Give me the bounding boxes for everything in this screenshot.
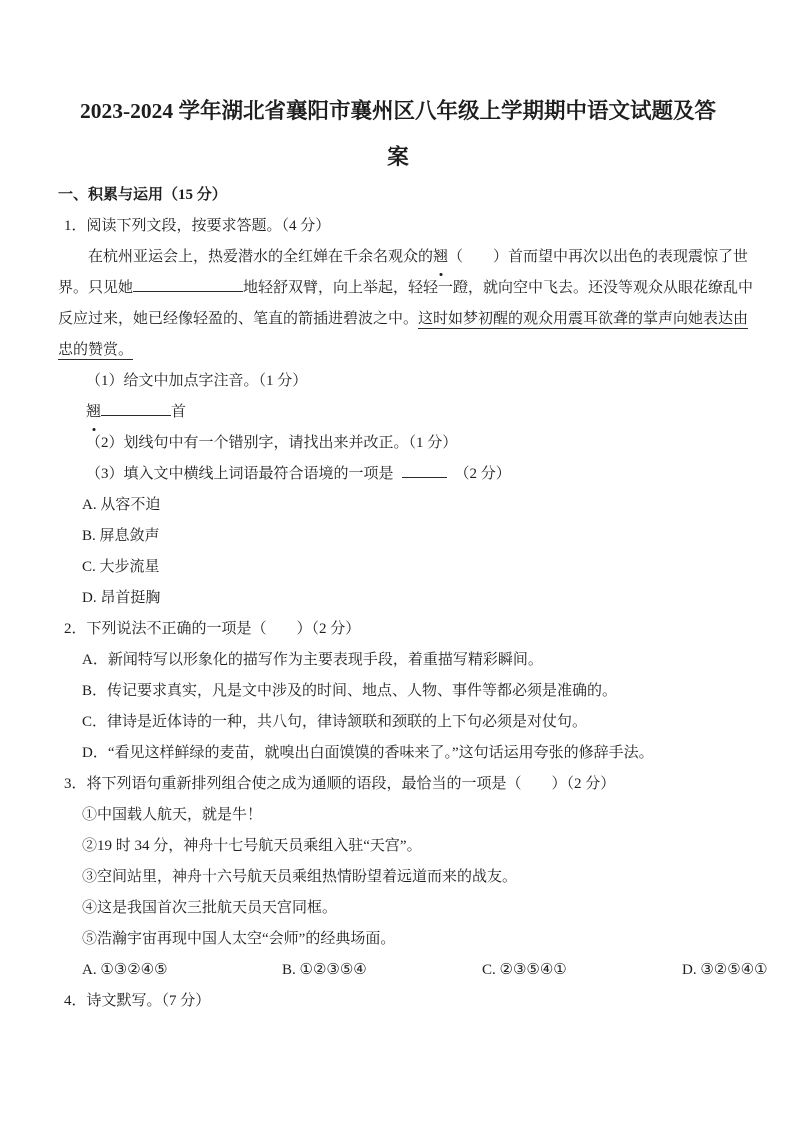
passage-line-1: 在杭州亚运会上，热爱潜水的全红婵在千余名观众的翘（ ）首而望中再次以出色的表现震… bbox=[58, 242, 738, 273]
question-3-choice-b: B. ①②③⑤④ bbox=[282, 955, 482, 986]
question-3-sentence-2: ②19 时 34 分，神舟十七号航天员乘组入驻“天宫”。 bbox=[58, 831, 738, 862]
question-3-sentence-3: ③空间站里，神舟十六号航天员乘组热情盼望着远道而来的战友。 bbox=[58, 862, 738, 893]
dotted-char: 翘 bbox=[433, 242, 448, 273]
question-1-sub-1: （1）给文中加点字注音。（1 分） bbox=[58, 366, 738, 397]
title-line-2: 案 bbox=[58, 134, 738, 180]
question-1-stem: 1．阅读下列文段，按要求答题。（4 分） bbox=[58, 211, 738, 242]
question-3-choice-d: D. ③②⑤④① bbox=[682, 955, 768, 986]
question-1-option-a: A. 从容不迫 bbox=[58, 490, 738, 521]
question-2-option-c: C．律诗是近体诗的一种，共八句，律诗颔联和颈联的上下句必须是对仗句。 bbox=[58, 707, 738, 738]
pinyin-blank bbox=[101, 401, 171, 416]
question-3-choice-a: A. ①③②④⑤ bbox=[82, 955, 282, 986]
fill-in-blank bbox=[133, 277, 243, 292]
passage-line-2: 界。只见她地轻舒双臂，向上举起，轻轻一蹬，就向空中飞去。还没等观众从眼花缭乱中 bbox=[58, 273, 738, 304]
sub-3-text: （3）填入文中横线上词语最符合语境的一项是 bbox=[86, 466, 394, 482]
question-3-stem: 3．将下列语句重新排列组合使之成为通顺的语段，最恰当的一项是（ ）（2 分） bbox=[58, 769, 738, 800]
answer-blank bbox=[402, 463, 447, 478]
question-2-option-a: A．新闻特写以形象化的描写作为主要表现手段，着重描写精彩瞬间。 bbox=[58, 645, 738, 676]
question-2-stem: 2．下列说法不正确的一项是（ ）（2 分） bbox=[58, 614, 738, 645]
question-3-sentence-4: ④这是我国首次三批航天员天宫同框。 bbox=[58, 893, 738, 924]
passage-segment: 界。只见她 bbox=[58, 280, 133, 296]
passage-line-4: 忠的赞赏。 bbox=[58, 335, 738, 366]
question-1-sub-2: （2）划线句中有一个错别字，请找出来并改正。（1 分） bbox=[58, 428, 738, 459]
passage-line-3: 反应过来，她已经像轻盈的、笔直的箭插进碧波之中。这时如梦初醒的观众用震耳欲聋的掌… bbox=[58, 304, 738, 335]
question-1-option-d: D. 昂首挺胸 bbox=[58, 583, 738, 614]
question-4-stem: 4．诗文默写。（7 分） bbox=[58, 986, 738, 1017]
question-3-choices-row: A. ①③②④⑤B. ①②③⑤④C. ②③⑤④①D. ③②⑤④① bbox=[58, 955, 738, 986]
question-2-option-d: D．“看见这样鲜绿的麦苗，就嗅出白面馍馍的香味来了。”这句话运用夸张的修辞手法。 bbox=[58, 738, 738, 769]
pinyin-suffix: 首 bbox=[171, 404, 186, 420]
document-page: 2023-2024 学年湖北省襄阳市襄州区八年级上学期期中语文试题及答 案 一、… bbox=[0, 0, 793, 1122]
underlined-sentence: 这时如梦初醒的观众用震耳欲聋的掌声向她表达由 bbox=[418, 311, 748, 329]
question-3-choice-c: C. ②③⑤④① bbox=[482, 955, 682, 986]
pinyin-answer-line: 翘首 bbox=[58, 397, 738, 428]
underlined-sentence: 忠的赞赏。 bbox=[58, 342, 133, 360]
question-1-option-b: B. 屏息敛声 bbox=[58, 521, 738, 552]
document-title: 2023-2024 学年湖北省襄阳市襄州区八年级上学期期中语文试题及答 案 bbox=[58, 0, 738, 180]
document-content: 2023-2024 学年湖北省襄阳市襄州区八年级上学期期中语文试题及答 案 一、… bbox=[0, 0, 793, 1017]
dotted-char: 翘 bbox=[86, 397, 101, 428]
question-3-sentence-5: ⑤浩瀚宇宙再现中国人太空“会师”的经典场面。 bbox=[58, 924, 738, 955]
question-3-sentence-1: ①中国载人航天，就是牛！ bbox=[58, 800, 738, 831]
question-1-option-c: C. 大步流星 bbox=[58, 552, 738, 583]
passage-segment: 反应过来，她已经像轻盈的、笔直的箭插进碧波之中。 bbox=[58, 311, 418, 327]
passage-segment: 在杭州亚运会上，热爱潜水的全红婵在千余名观众的 bbox=[88, 249, 433, 265]
sub-3-score: （2 分） bbox=[455, 466, 511, 482]
question-1-sub-3: （3）填入文中横线上词语最符合语境的一项是（2 分） bbox=[58, 459, 738, 490]
title-line-1: 2023-2024 学年湖北省襄阳市襄州区八年级上学期期中语文试题及答 bbox=[58, 88, 738, 134]
section-1-heading: 一、积累与运用（15 分） bbox=[58, 180, 738, 211]
question-2-option-b: B．传记要求真实，凡是文中涉及的时间、地点、人物、事件等都必须是准确的。 bbox=[58, 676, 738, 707]
passage-segment: 地轻舒双臂，向上举起，轻轻一蹬，就向空中飞去。还没等观众从眼花缭乱中 bbox=[243, 280, 753, 296]
passage-segment: （ ）首而望中再次以出色的表现震惊了世 bbox=[448, 249, 748, 265]
